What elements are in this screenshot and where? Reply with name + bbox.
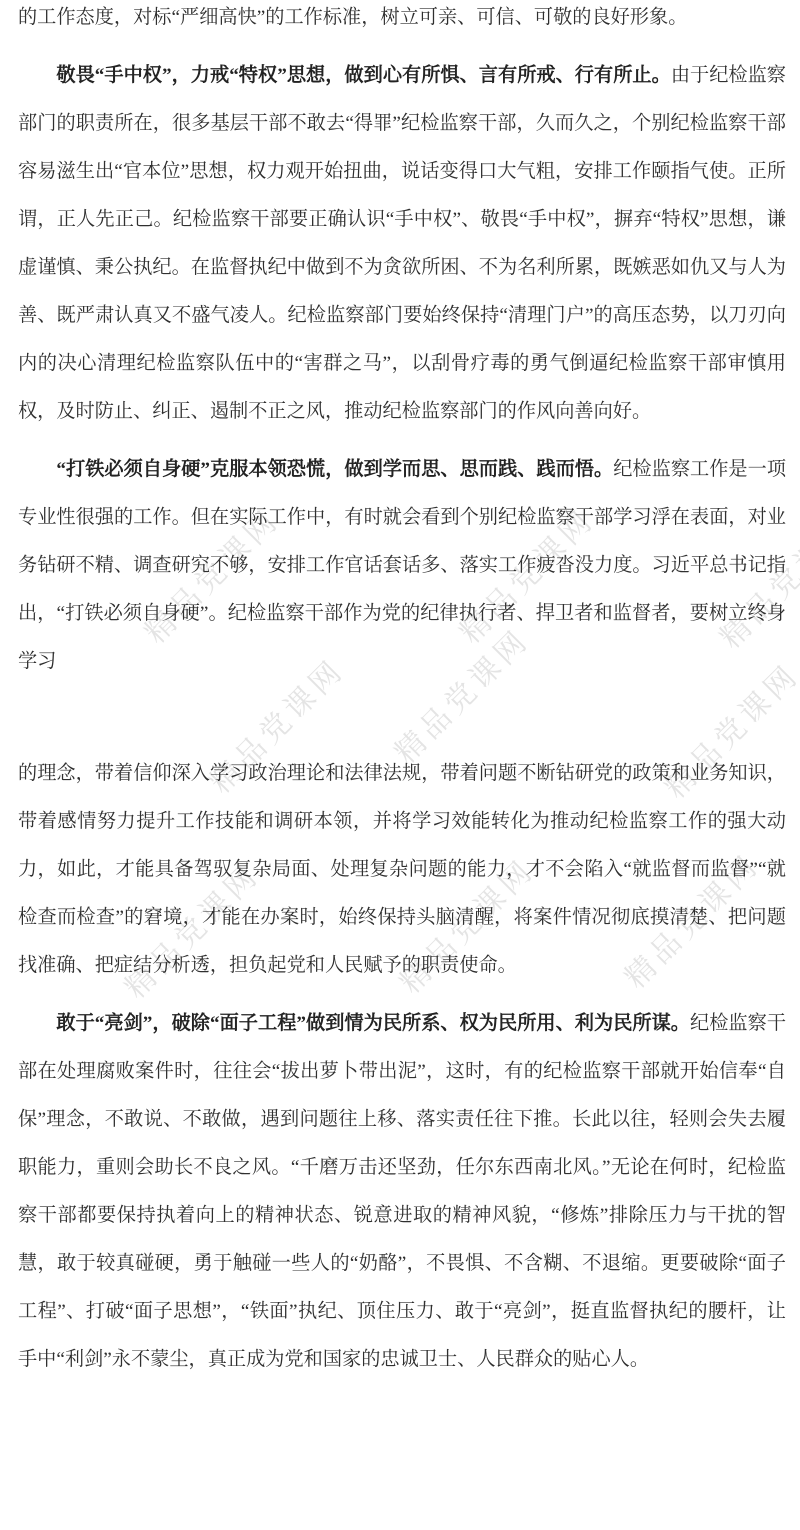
document-content: 的工作态度，对标“严细高快”的工作标准，树立可亲、可信、可敬的良好形象。 敬畏“… — [0, 0, 800, 1384]
paragraph-text: 纪检监察工作是一项专业性很强的工作。但在实际工作中，有时就会看到个别纪检监察干部… — [18, 459, 786, 672]
document-page: 精品党课网精品党课网精品党课网精品党课网精品党课网精品党课网精品党课网精品党课网… — [0, 0, 800, 1524]
paragraph-dare-sword: 敢于“亮剑”，破除“面子工程”做到情为民所系、权为民所用、利为民所谋。纪检监察干… — [18, 1000, 786, 1384]
paragraph-continuation: 的工作态度，对标“严细高快”的工作标准，树立可亲、可信、可敬的良好形象。 — [18, 0, 786, 42]
paragraph-text: 由于纪检监察部门的职责所在，很多基层干部不敢去“得罪”纪检监察干部，久而久之，个… — [18, 65, 786, 422]
paragraph-lead-bold: 敢于“亮剑”，破除“面子工程”做到情为民所系、权为民所用、利为民所谋。 — [56, 1013, 690, 1034]
paragraph-forge-iron-continued: 的理念，带着信仰深入学习政治理论和法律法规，带着问题不断钻研党的政策和业务知识，… — [18, 750, 786, 990]
paragraph-text: 的理念，带着信仰深入学习政治理论和法律法规，带着问题不断钻研党的政策和业务知识，… — [18, 763, 786, 976]
paragraph-lead-bold: “打铁必须自身硬”克服本领恐慌，做到学而思、思而践、践而悟。 — [56, 459, 613, 480]
paragraph-forge-iron: “打铁必须自身硬”克服本领恐慌，做到学而思、思而践、践而悟。纪检监察工作是一项专… — [18, 446, 786, 686]
page-gap-spacer — [18, 686, 786, 750]
paragraph-text: 纪检监察干部在处理腐败案件时，往往会“拔出萝卜带出泥”，这时，有的纪检监察干部就… — [18, 1013, 786, 1370]
paragraph-respect-power: 敬畏“手中权”，力戒“特权”思想，做到心有所惧、言有所戒、行有所止。由于纪检监察… — [18, 52, 786, 436]
paragraph-lead-bold: 敬畏“手中权”，力戒“特权”思想，做到心有所惧、言有所戒、行有所止。 — [56, 65, 670, 86]
paragraph-text: 的工作态度，对标“严细高快”的工作标准，树立可亲、可信、可敬的良好形象。 — [18, 7, 687, 28]
